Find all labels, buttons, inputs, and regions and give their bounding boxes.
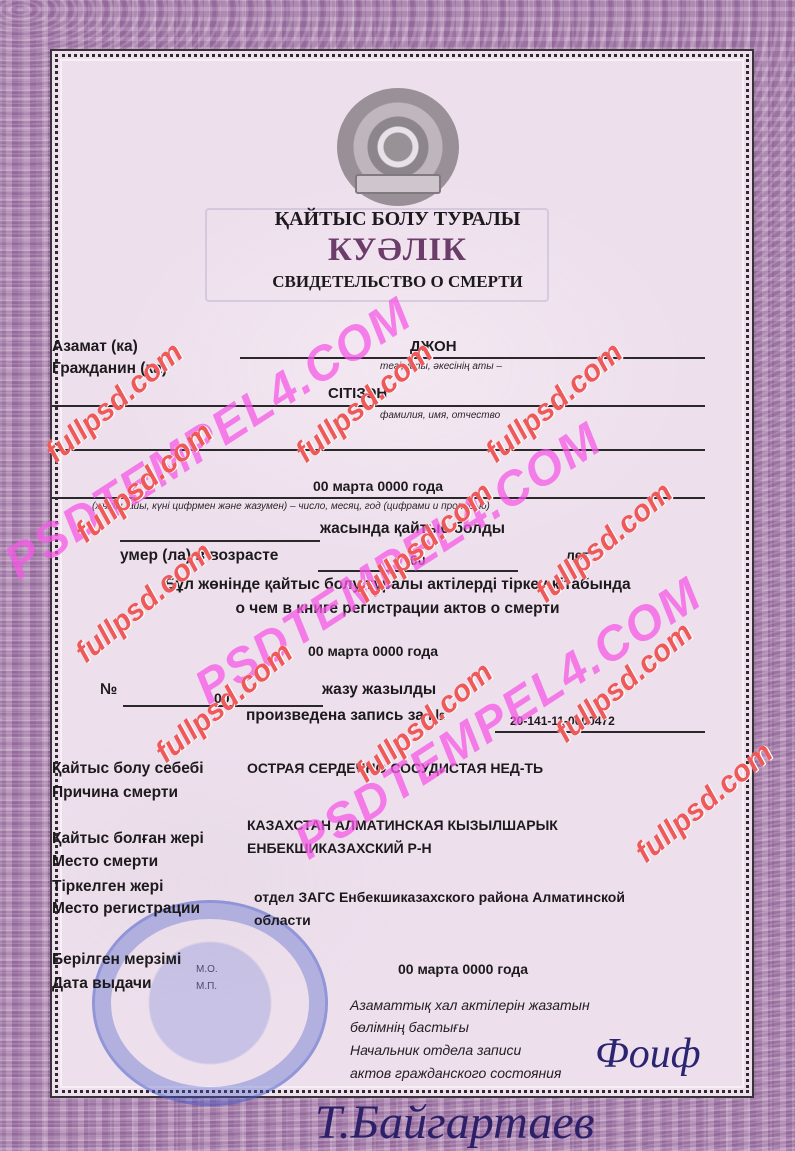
state-emblem-icon [337, 88, 459, 206]
death-date-value: 00 марта 0000 года [313, 478, 443, 494]
citizen-first-name: ДЖОН [410, 338, 457, 355]
title-kz-main: КУӘЛІК [0, 232, 795, 269]
issue-date-value: 00 марта 0000 года [398, 961, 528, 977]
age-unit: лет [566, 547, 589, 563]
age-kz-text: жасында қайтыс болды [320, 520, 505, 538]
death-place-value-2: ЕНБЕКШИКАЗАХСКИЙ Р-Н [247, 840, 432, 856]
death-date-hint: (жылы, айы, күні цифрмен және жазумен) –… [92, 501, 490, 512]
last-name-line [52, 405, 705, 407]
issue-date-label-kz: Берілген мерзімі [52, 951, 181, 969]
cause-label-ru: Причина смерти [52, 784, 178, 802]
reg-date-value: 00 марта 0000 года [308, 643, 438, 659]
reg-place-value-2: области [254, 912, 311, 928]
age-ru-text: умер (ла) в возрасте [120, 547, 278, 565]
record-no-symbol: № [100, 681, 117, 699]
stamp-mark-kz: М.О. [196, 964, 218, 975]
record-id-line [495, 731, 705, 733]
last-name-hint: фамилия, имя, отчество [380, 410, 500, 421]
death-place-label-kz: Қайтыс болған жері [52, 830, 204, 848]
record-no-value: 00 [214, 690, 230, 706]
issue-date-label-ru: Дата выдачи [52, 975, 152, 993]
official-kz-1: Азаматтық хал актілерін жазатын [350, 997, 590, 1013]
age-kz-line [120, 540, 320, 542]
blank-line [52, 449, 705, 451]
record-ru-text: произведена запись за № [246, 707, 445, 725]
citizen-label-ru: Гражданин (ка) [52, 360, 167, 378]
first-name-line [240, 357, 705, 359]
cause-label-kz: Қайтыс болу себебі [52, 760, 204, 778]
death-date-line [52, 497, 705, 499]
official-kz-2: бөлімнің бастығы [350, 1019, 469, 1035]
record-id: 20-141-11-0000472 [510, 714, 615, 728]
official-signature: Фоиф [595, 1030, 701, 1078]
reg-book-ru: о чем в книге регистрации актов о смерти [0, 600, 795, 618]
cause-value: ОСТРАЯ СЕРДЕЧНО СОСУДИСТАЯ НЕД-ТЬ [247, 760, 543, 776]
title-ru: СВИДЕТЕЛЬСТВО О СМЕРТИ [0, 272, 795, 292]
reg-book-kz: Бұл жөнінде қайтыс болу туралы актілерді… [0, 576, 795, 594]
official-ru-1: Начальник отдела записи [350, 1042, 521, 1058]
official-ru-2: актов гражданского состояния [350, 1065, 561, 1081]
death-place-value-1: КАЗАХСТАН АЛМАТИНСКАЯ КЫЗЫЛШАРЫК [247, 817, 558, 833]
official-stamp [92, 900, 328, 1106]
citizen-label-kz: Азамат (ка) [52, 338, 138, 356]
reg-place-label-kz: Тіркелген жері [52, 878, 163, 896]
title-kz-line1: ҚАЙТЫС БОЛУ ТУРАЛЫ [0, 208, 795, 231]
age-value: 00 [410, 552, 426, 568]
death-place-label-ru: Место смерти [52, 853, 158, 871]
stamp-mark-ru: М.П. [196, 981, 217, 992]
record-kz-text: жазу жазылды [322, 681, 436, 699]
citizen-last-name: СІТІЗЭН [328, 385, 387, 402]
age-value-line [318, 570, 518, 572]
bottom-signature: Т.Байгартаев [315, 1095, 594, 1150]
reg-place-label-ru: Место регистрации [52, 900, 200, 918]
reg-place-value-1: отдел ЗАГС Енбекшиказахского района Алма… [254, 889, 625, 905]
first-name-hint: тегі, аты, әкесінің аты – [380, 361, 502, 372]
